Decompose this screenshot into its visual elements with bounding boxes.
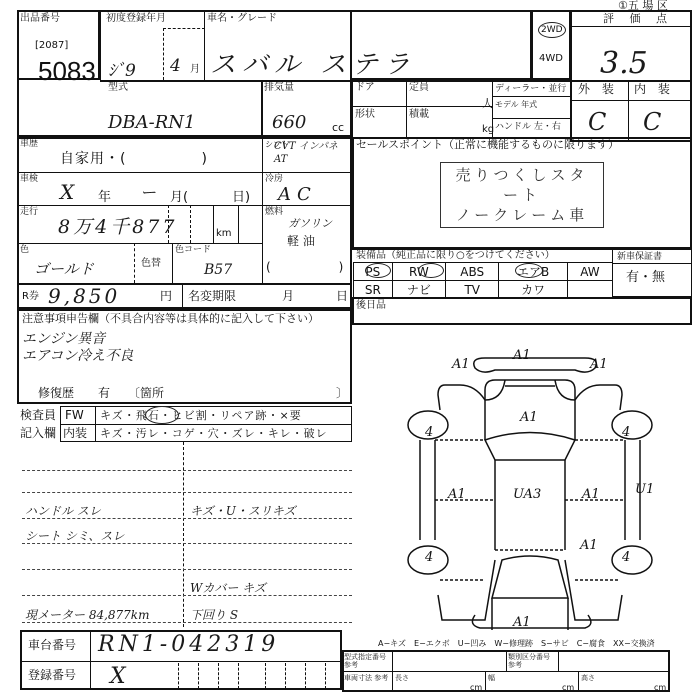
exterior-grade: C: [588, 108, 606, 136]
mileage-label: 走行: [20, 207, 38, 218]
model-label: 型式: [108, 82, 128, 93]
circle-airbag: [515, 263, 543, 278]
circle-chip: [145, 406, 179, 424]
remark-right: 下回り S: [190, 606, 238, 623]
dimensions-label: 車両寸法 参考: [344, 674, 392, 682]
equipment-table: PS RW ABS エアB AW SR ナビ TV カワ: [353, 262, 613, 299]
damage-mark: A1: [513, 615, 531, 630]
handle-label: ハンドル 左・右: [495, 122, 561, 133]
color-code-value: B57: [204, 262, 232, 278]
name-change-label: 名変期限: [188, 291, 236, 302]
color-label: 色: [20, 245, 29, 256]
score-value: 3.5: [600, 46, 648, 81]
fuel-other: ( ): [266, 262, 351, 273]
lot-sub: [2087]: [35, 40, 68, 51]
model-value: DBA-RN1: [108, 112, 196, 133]
damage-mark: 4: [425, 425, 433, 440]
length-unit: cm: [470, 682, 482, 693]
notes-label: 注意事項申告欄（不具合内容等は具体的に記入して下さい）: [22, 313, 319, 324]
warranty-value: 有・無: [626, 272, 665, 283]
color-code-label: 色コード: [175, 245, 211, 256]
circle-rw: [418, 263, 444, 278]
shaken-month-unit: 月(: [170, 186, 188, 205]
name-change-month: 月: [282, 291, 294, 302]
color-value: ゴールド: [34, 258, 94, 279]
displacement-unit: cc: [332, 122, 344, 133]
shape-label: 形状: [355, 109, 375, 120]
width-label: 幅: [488, 673, 495, 684]
stamp-line-2: ノークレーム車: [447, 205, 597, 225]
month-unit: 月: [190, 64, 200, 75]
interior-grade: C: [643, 108, 661, 136]
first-reg-month: 4: [170, 56, 181, 76]
circle-ps: [365, 263, 391, 278]
sales-points-label: セールスポイント（正常に機能するものに限ります）: [356, 139, 619, 150]
mileage-unit: km: [216, 228, 232, 239]
recycle-unit: 円: [160, 291, 172, 302]
score-label: 評 価 点: [603, 13, 673, 24]
type-spec-label: 型式指定番号 参考: [344, 653, 392, 669]
history-label: 車歴: [20, 139, 38, 150]
fuel-diesel: 軽 油: [287, 236, 315, 247]
damage-mark: A1: [513, 348, 531, 363]
damage-mark: A1: [452, 357, 470, 372]
height-label: 高さ: [581, 673, 595, 684]
shaken-month: ー: [140, 180, 156, 203]
shaken-day-unit: 日): [232, 186, 250, 205]
interior-items: キズ・汚レ・コゲ・穴・ズレ・キレ・破レ: [100, 428, 328, 439]
load-label: 積載: [409, 109, 429, 120]
equip-sr[interactable]: SR: [354, 281, 393, 299]
sales-stamp: 売りつくしスタート ノークレーム車: [440, 162, 604, 228]
damage-mark: 4: [622, 550, 630, 565]
car-name-label: 車名・グレード: [207, 13, 277, 24]
damage-mark: A1: [580, 538, 598, 553]
interior-label: 内 装: [634, 84, 674, 95]
equip-leather[interactable]: カワ: [499, 281, 568, 299]
damage-mark: A1: [590, 357, 608, 372]
height-unit: cm: [654, 682, 666, 693]
drive-cell: [531, 10, 571, 80]
length-label: 長さ: [395, 673, 409, 684]
lot-label: 出品番号: [20, 13, 60, 24]
first-reg-year: ｼﾞ9: [108, 56, 136, 81]
damage-mark: 4: [425, 550, 433, 565]
equipment-label: 装備品（純正品に限り○をつけてください）: [356, 250, 555, 261]
remark-right: Wカバー キズ: [190, 579, 266, 596]
category-label: 類別区分番号 参考: [508, 653, 558, 669]
capacity-label: 定員: [409, 82, 429, 93]
fw-items: キズ・飛石・ヒビ割・リペア跡・×要: [100, 410, 302, 421]
displacement-value: 660: [272, 112, 306, 133]
interior-insp-label: 内装: [63, 428, 87, 439]
ac-value: AC: [278, 184, 317, 205]
equip-navi[interactable]: ナビ: [392, 281, 445, 299]
first-reg-label: 初度登録年月: [106, 13, 166, 24]
damage-mark: U1: [635, 482, 654, 497]
reg-value: X: [110, 664, 126, 689]
equip-aw[interactable]: AW: [567, 263, 612, 281]
name-change-day: 日: [336, 291, 348, 302]
drive-2wd: 2WD: [541, 25, 563, 36]
stamp-line-1: 売りつくしスタート: [447, 165, 597, 205]
damage-mark: A1: [520, 410, 538, 425]
door-label: ドア: [355, 82, 375, 93]
repair-close: 〕: [336, 388, 348, 399]
damage-mark: A1: [582, 487, 600, 502]
fw-label: FW: [65, 410, 84, 421]
damage-legend: A−キズ E−エクボ U−凹み W−修理跡 S−サビ C−腐食 XX−交換済: [378, 638, 655, 649]
color-change-label: 色替: [141, 258, 161, 269]
equip-abs[interactable]: ABS: [446, 263, 499, 281]
later-items-label: 後日品: [356, 300, 386, 311]
chassis-value: RN1-042319: [98, 632, 279, 657]
damage-mark: UA3: [513, 487, 541, 502]
mileage-value: 8万4千877: [58, 212, 177, 239]
remark-right: キズ・U・スリキズ: [190, 502, 296, 519]
shaken-year-unit: 年: [98, 186, 111, 205]
damage-mark: 4: [622, 425, 630, 440]
shift-value: CVT インパネAT: [274, 140, 350, 166]
drive-4wd: 4WD: [539, 53, 563, 64]
repair-place: 〔箇所: [128, 388, 164, 399]
later-items-cell: [352, 297, 692, 325]
damage-mark: A1: [448, 487, 466, 502]
notes-line-2: エアコン冷え不良: [22, 345, 133, 365]
lot-number: 5083: [38, 56, 96, 87]
remark-left: シート シミ、スレ: [25, 527, 124, 544]
width-unit: cm: [562, 682, 574, 693]
inspector-label-2: 記入欄: [20, 428, 56, 439]
exterior-label: 外 装: [578, 84, 618, 95]
recycle-value: 9,850: [48, 284, 120, 308]
remark-left: 現メーター 84,877km: [25, 606, 149, 623]
history-value: 自家用・( ): [60, 148, 208, 168]
inspector-label-1: 検査員: [20, 410, 56, 421]
repair-label: 修復歴: [38, 388, 74, 399]
chassis-label: 車台番号: [28, 640, 76, 651]
fuel-label: 燃料: [265, 207, 283, 218]
shaken-label: 車検: [20, 174, 38, 185]
equip-empty: [567, 281, 612, 299]
repair-has: 有: [98, 388, 110, 399]
recycle-label: R券: [22, 291, 39, 302]
warranty-label: 新車保証書: [617, 252, 662, 263]
remark-left: ハンドル スレ: [25, 502, 101, 519]
dealer-label: ディーラー・並行: [495, 84, 566, 95]
model-year-label: モデル 年式: [495, 99, 567, 110]
shaken-year: X: [60, 180, 74, 204]
equip-tv[interactable]: TV: [446, 281, 499, 299]
fuel-gasoline: ガソリン: [288, 215, 332, 231]
displacement-label: 排気量: [264, 82, 294, 93]
reg-label: 登録番号: [28, 670, 76, 681]
